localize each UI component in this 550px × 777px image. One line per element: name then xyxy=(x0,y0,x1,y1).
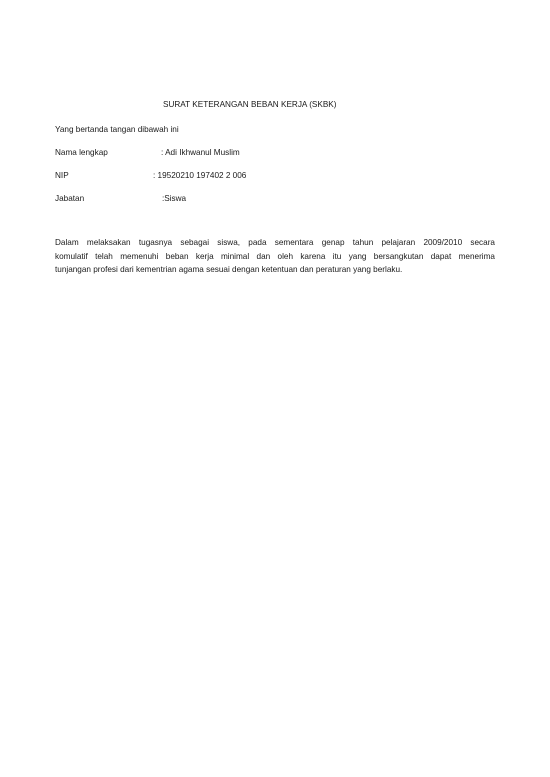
document-page: SURAT KETERANGAN BEBAN KERJA (SKBK) Yang… xyxy=(0,0,550,777)
intro-text: Yang bertanda tangan dibawah ini xyxy=(55,125,179,134)
paragraph-line: komulatif telah memenuhi beban kerja min… xyxy=(55,250,495,264)
body-paragraph: Dalam melaksakan tugasnya sebagai siswa,… xyxy=(55,236,495,277)
paragraph-line: Dalam melaksakan tugasnya sebagai siswa,… xyxy=(55,236,495,250)
field-label-jabatan: Jabatan xyxy=(55,194,84,203)
document-title: SURAT KETERANGAN BEBAN KERJA (SKBK) xyxy=(163,100,337,109)
field-label-nip: NIP xyxy=(55,171,69,180)
field-label-name: Nama lengkap xyxy=(55,148,108,157)
field-value-nip: : 19520210 197402 2 006 xyxy=(153,171,246,180)
field-value-name: : Adi Ikhwanul Muslim xyxy=(161,148,240,157)
field-value-jabatan: :Siswa xyxy=(162,194,186,203)
paragraph-line: tunjangan profesi dari kementrian agama … xyxy=(55,263,495,277)
